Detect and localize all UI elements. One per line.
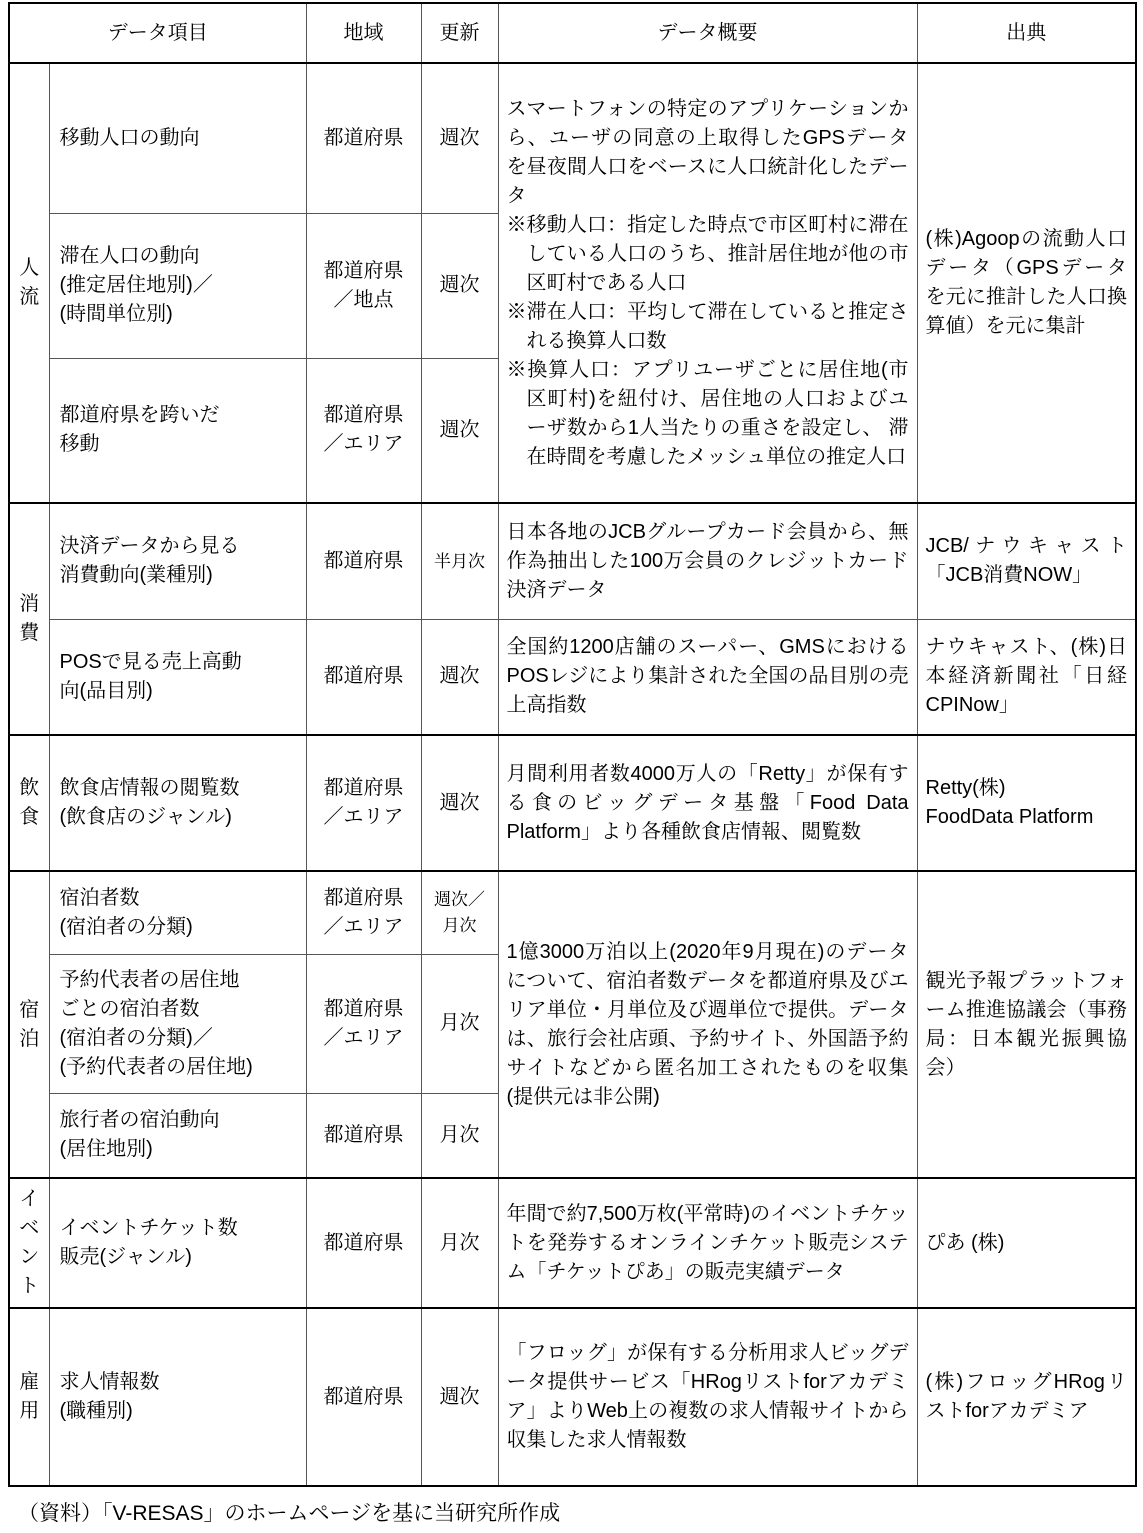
region-cell: 都道府県 ／エリア bbox=[306, 358, 421, 503]
table-row: 人 流 移動人口の動向 都道府県 週次 スマートフォンの特定のアプリケーションか… bbox=[9, 63, 1136, 213]
region-cell: 都道府県 ／エリア bbox=[306, 871, 421, 954]
update-cell: 週次 bbox=[421, 619, 498, 735]
source-cell: 観光予報プラットフォーム推進協議会（事務局：日本観光振興協会） bbox=[917, 871, 1136, 1178]
item-cell: イベントチケット数 販売(ジャンル) bbox=[49, 1178, 306, 1308]
update-cell: 週次 bbox=[421, 63, 498, 213]
region-cell: 都道府県 bbox=[306, 1308, 421, 1486]
region-cell: 都道府県 bbox=[306, 619, 421, 735]
update-cell: 月次 bbox=[421, 1178, 498, 1308]
item-cell: 飲食店情報の閲覧数 (飲食店のジャンル) bbox=[49, 735, 306, 871]
header-cell-data-item: データ項目 bbox=[9, 3, 306, 63]
source-cell: (株)Agoopの流動人口データ（GPSデータを元に推計した人口換算値）を元に集… bbox=[917, 63, 1136, 503]
item-cell: 宿泊者数 (宿泊者の分類) bbox=[49, 871, 306, 954]
item-cell: 求人情報数 (職種別) bbox=[49, 1308, 306, 1486]
update-cell: 月次 bbox=[421, 1093, 498, 1178]
table-row: 消 費 決済データから見る 消費動向(業種別) 都道府県 半月次 日本各地のJC… bbox=[9, 503, 1136, 619]
overview-cell: 月間利用者数4000万人の「Retty」が保有する食のビッグデータ基盤「Food… bbox=[498, 735, 917, 871]
region-cell: 都道府県 bbox=[306, 1093, 421, 1178]
overview-cell: スマートフォンの特定のアプリケーションから、ユーザの同意の上取得したGPSデータ… bbox=[498, 63, 917, 503]
table-row: 宿 泊 宿泊者数 (宿泊者の分類) 都道府県 ／エリア 週次／ 月次 1億300… bbox=[9, 871, 1136, 954]
header-cell-source: 出典 bbox=[917, 3, 1136, 63]
item-cell: POSで見る売上高動 向(品目別) bbox=[49, 619, 306, 735]
item-cell: 滞在人口の動向 (推定居住地別)／ (時間単位別) bbox=[49, 213, 306, 358]
region-cell: 都道府県 ／エリア bbox=[306, 735, 421, 871]
item-cell: 移動人口の動向 bbox=[49, 63, 306, 213]
update-cell: 月次 bbox=[421, 954, 498, 1093]
overview-cell: 1億3000万泊以上(2020年9月現在)のデータについて、宿泊者数データを都道… bbox=[498, 871, 917, 1178]
header-cell-overview: データ概要 bbox=[498, 3, 917, 63]
source-cell: ナウキャスト、(株)日本経済新聞社「日経CPINow」 bbox=[917, 619, 1136, 735]
table-row: 雇 用 求人情報数 (職種別) 都道府県 週次 「フロッグ」が保有する分析用求人… bbox=[9, 1308, 1136, 1486]
update-cell: 週次 bbox=[421, 358, 498, 503]
source-cell: JCB/ナウキャスト「JCB消費NOW」 bbox=[917, 503, 1136, 619]
category-cell-event: イ ベ ン ト bbox=[9, 1178, 49, 1308]
source-cell: ぴあ (株) bbox=[917, 1178, 1136, 1308]
overview-cell: 「フロッグ」が保有する分析用求人ビッグデータ提供サービス「HRogリストforア… bbox=[498, 1308, 917, 1486]
table-row: POSで見る売上高動 向(品目別) 都道府県 週次 全国約1200店舗のスーパー… bbox=[9, 619, 1136, 735]
item-cell: 旅行者の宿泊動向 (居住地別) bbox=[49, 1093, 306, 1178]
update-cell: 週次／ 月次 bbox=[421, 871, 498, 954]
header-row: データ項目 地域 更新 データ概要 出典 bbox=[9, 3, 1136, 63]
category-cell-koyo: 雇 用 bbox=[9, 1308, 49, 1486]
item-cell: 都道府県を跨いだ 移動 bbox=[49, 358, 306, 503]
table-row: イ ベ ン ト イベントチケット数 販売(ジャンル) 都道府県 月次 年間で約7… bbox=[9, 1178, 1136, 1308]
item-cell: 予約代表者の居住地 ごとの宿泊者数 (宿泊者の分類)／ (予約代表者の居住地) bbox=[49, 954, 306, 1093]
data-table: データ項目 地域 更新 データ概要 出典 人 流 移動人口の動向 都道府県 週次… bbox=[8, 2, 1137, 1487]
source-note: （資料）「V-RESAS」のホームページを基に当研究所作成 bbox=[8, 1487, 1135, 1533]
category-cell-inshoku: 飲 食 bbox=[9, 735, 49, 871]
table-row: 飲 食 飲食店情報の閲覧数 (飲食店のジャンル) 都道府県 ／エリア 週次 月間… bbox=[9, 735, 1136, 871]
category-cell-jinryu: 人 流 bbox=[9, 63, 49, 503]
overview-cell: 日本各地のJCBグループカード会員から、無作為抽出した100万会員のクレジットカ… bbox=[498, 503, 917, 619]
update-cell: 週次 bbox=[421, 213, 498, 358]
region-cell: 都道府県 bbox=[306, 503, 421, 619]
category-cell-shohi: 消 費 bbox=[9, 503, 49, 735]
page: データ項目 地域 更新 データ概要 出典 人 流 移動人口の動向 都道府県 週次… bbox=[0, 0, 1143, 1533]
header-cell-region: 地域 bbox=[306, 3, 421, 63]
header-cell-update: 更新 bbox=[421, 3, 498, 63]
update-cell: 週次 bbox=[421, 1308, 498, 1486]
update-cell: 半月次 bbox=[421, 503, 498, 619]
source-cell: Retty(株) FoodData Platform bbox=[917, 735, 1136, 871]
overview-cell: 全国約1200店舗のスーパー、GMSにおけるPOSレジにより集計された全国の品目… bbox=[498, 619, 917, 735]
region-cell: 都道府県 bbox=[306, 1178, 421, 1308]
item-cell: 決済データから見る 消費動向(業種別) bbox=[49, 503, 306, 619]
overview-cell: 年間で約7,500万枚(平常時)のイベントチケットを発券するオンラインチケット販… bbox=[498, 1178, 917, 1308]
update-cell: 週次 bbox=[421, 735, 498, 871]
category-cell-shukuhaku: 宿 泊 bbox=[9, 871, 49, 1178]
region-cell: 都道府県 ／エリア bbox=[306, 954, 421, 1093]
region-cell: 都道府県 ／地点 bbox=[306, 213, 421, 358]
region-cell: 都道府県 bbox=[306, 63, 421, 213]
source-cell: (株)フロッグHRogリストforアカデミア bbox=[917, 1308, 1136, 1486]
